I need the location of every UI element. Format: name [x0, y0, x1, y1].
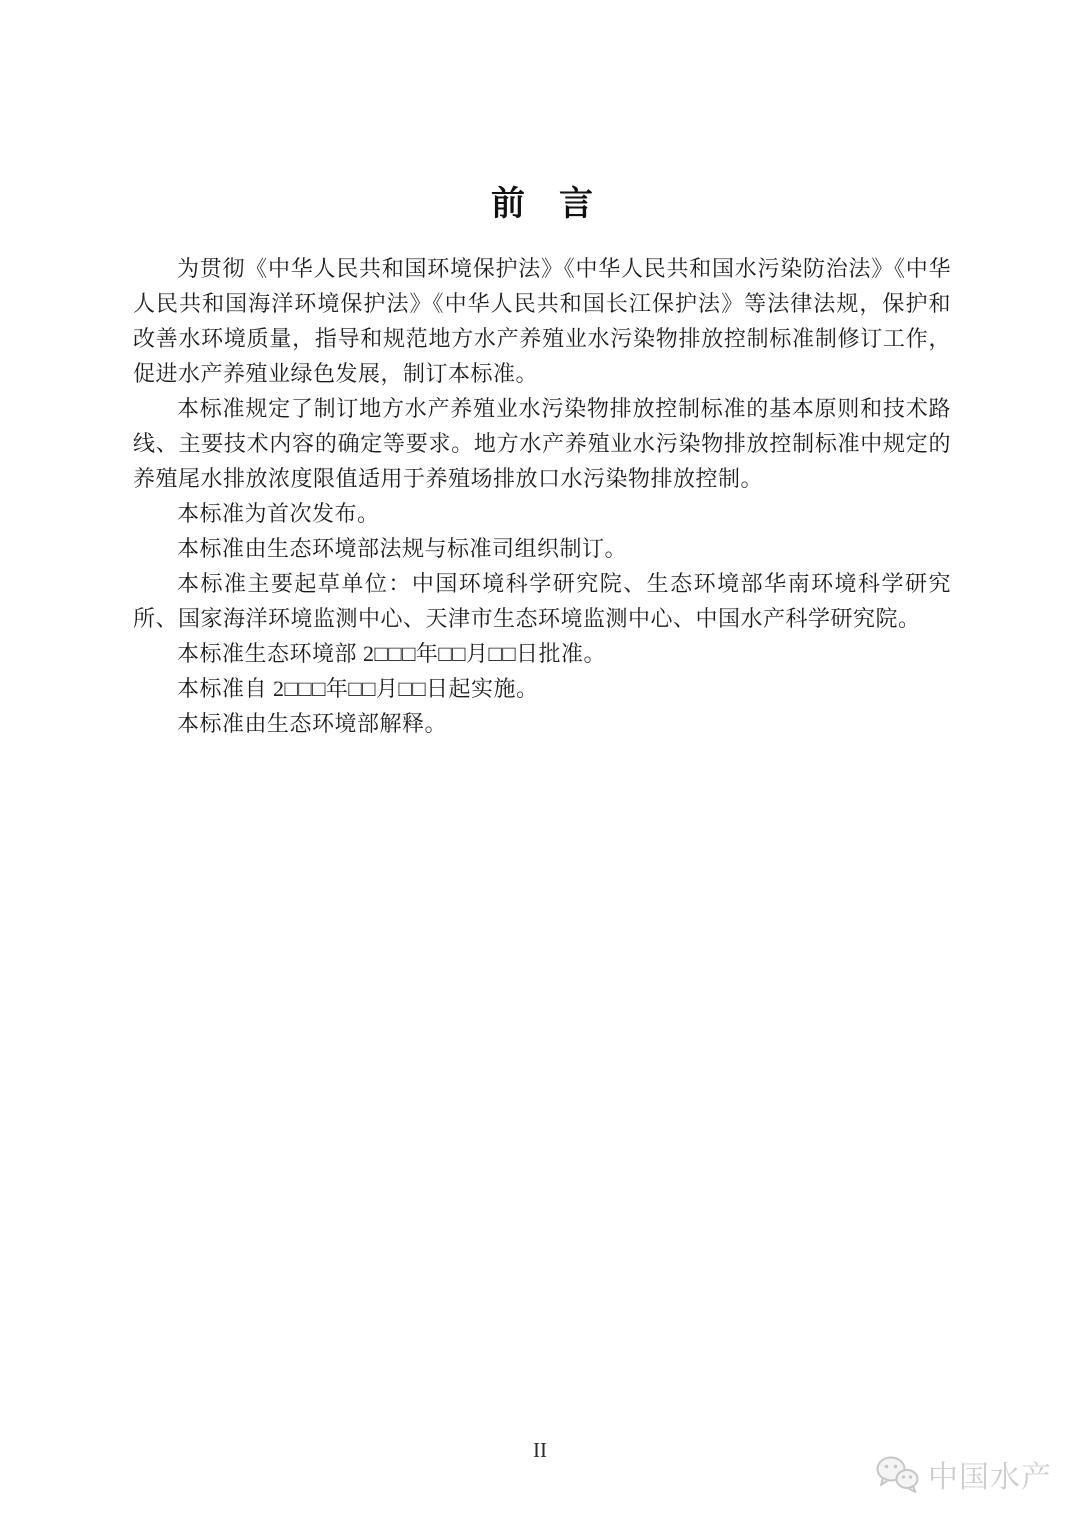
paragraph: 本标准为首次发布。 — [133, 496, 951, 531]
paragraph: 本标准由生态环境部法规与标准司组织制订。 — [133, 531, 951, 566]
paragraph: 本标准自 2□□□年□□月□□日起实施。 — [133, 671, 951, 706]
watermark-text: 中国水产 — [928, 1452, 1052, 1496]
page-title: 前 言 — [133, 183, 951, 227]
paragraph: 本标准由生态环境部解释。 — [133, 706, 951, 741]
watermark: 中国水产 — [874, 1452, 1052, 1496]
paragraph: 为贯彻《中华人民共和国环境保护法》《中华人民共和国水污染防治法》《中华人民共和国… — [133, 251, 951, 391]
page-content: 前 言 为贯彻《中华人民共和国环境保护法》《中华人民共和国水污染防治法》《中华人… — [133, 183, 951, 741]
paragraph: 本标准主要起草单位：中国环境科学研究院、生态环境部华南环境科学研究所、国家海洋环… — [133, 566, 951, 636]
document-page: 前 言 为贯彻《中华人民共和国环境保护法》《中华人民共和国水污染防治法》《中华人… — [0, 0, 1080, 1527]
paragraph: 本标准规定了制订地方水产养殖业水污染物排放控制标准的基本原则和技术路线、主要技术… — [133, 391, 951, 496]
wechat-logo-icon — [874, 1454, 920, 1494]
paragraph: 本标准生态环境部 2□□□年□□月□□日批准。 — [133, 636, 951, 671]
